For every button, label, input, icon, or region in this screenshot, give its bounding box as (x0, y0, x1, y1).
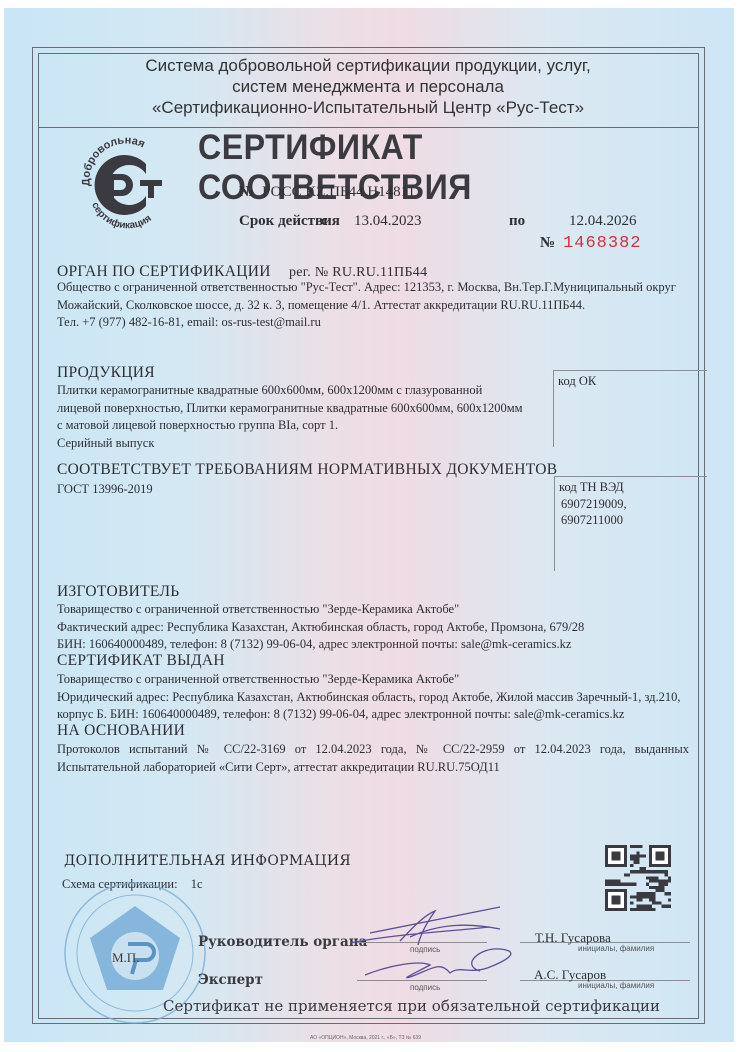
system-line: Система добровольной сертификации продук… (38, 55, 698, 76)
valid-from-date: 13.04.2023 (354, 213, 422, 230)
voluntary-only-note: Сертификат не применяется при обязательн… (163, 997, 660, 1015)
certification-system-header: Система добровольной сертификации продук… (38, 55, 698, 118)
basis-heading: НА ОСНОВАНИИ (57, 722, 185, 740)
validity-period: Срок действия с 13.04.2023 по 12.04.2026 (239, 213, 659, 230)
basis-details: Протоколов испытаний № СС/22-3169 от 12.… (57, 741, 689, 776)
issued-to-details: Товарищество с ограниченной ответственно… (57, 671, 681, 724)
printer-imprint: АО «ОПЦИОН», Москва, 2021 г., «Б», ТЗ № … (310, 1035, 421, 1041)
expert-signature-icon (360, 945, 520, 985)
manufacturer-details: Товарищество с ограниченной ответственно… (57, 601, 584, 654)
additional-info-heading: ДОПОЛНИТЕЛЬНАЯ ИНФОРМАЦИЯ (64, 853, 351, 869)
voluntary-certification-logo-icon: Добровольная сертификация (76, 134, 176, 234)
serial-number-value: 1468382 (563, 234, 641, 253)
svg-text:М.П.: М.П. (112, 950, 139, 965)
compliance-heading: СООТВЕТСТВУЕТ ТРЕБОВАНИЯМ НОРМАТИВНЫХ ДО… (57, 461, 557, 479)
qr-code-icon (605, 845, 671, 911)
tnved-code-box: код ТН ВЭД 6907219009, 6907211000 (554, 476, 707, 571)
certificate-number-value: РОСС KZ.ПБ44.Н14811 (262, 184, 415, 200)
tnved-code-value: 6907211000 (559, 512, 703, 529)
product-heading: ПРОДУКЦИЯ (57, 364, 155, 382)
issued-to-heading: СЕРТИФИКАТ ВЫДАН (57, 652, 225, 670)
ok-code-label: код ОК (558, 373, 703, 390)
ok-code-box: код ОК (553, 370, 707, 447)
tnved-code-label: код ТН ВЭД (559, 479, 703, 496)
form-serial-number: №1468382 (540, 234, 642, 253)
certificate-number: №РОСС KZ.ПБ44.Н14811 (239, 184, 415, 201)
valid-to-date: 12.04.2026 (569, 213, 637, 230)
manufacturer-heading: ИЗГОТОВИТЕЛЬ (57, 583, 179, 601)
product-description: Плитки керамогранитные квадратные 600x60… (57, 382, 523, 452)
expert-label: Эксперт (198, 972, 263, 988)
tnved-code-value: 6907219009, (559, 496, 703, 513)
standard-reference: ГОСТ 13996-2019 (57, 481, 153, 499)
system-line: систем менеджмента и персонала (38, 76, 698, 97)
certification-body-details: Общество с ограниченной ответственностью… (57, 279, 676, 332)
certification-body-reg: рег. № RU.RU.11ПБ44 (289, 265, 427, 280)
system-line: «Сертификационно-Испытательный Центр «Ру… (38, 97, 698, 118)
